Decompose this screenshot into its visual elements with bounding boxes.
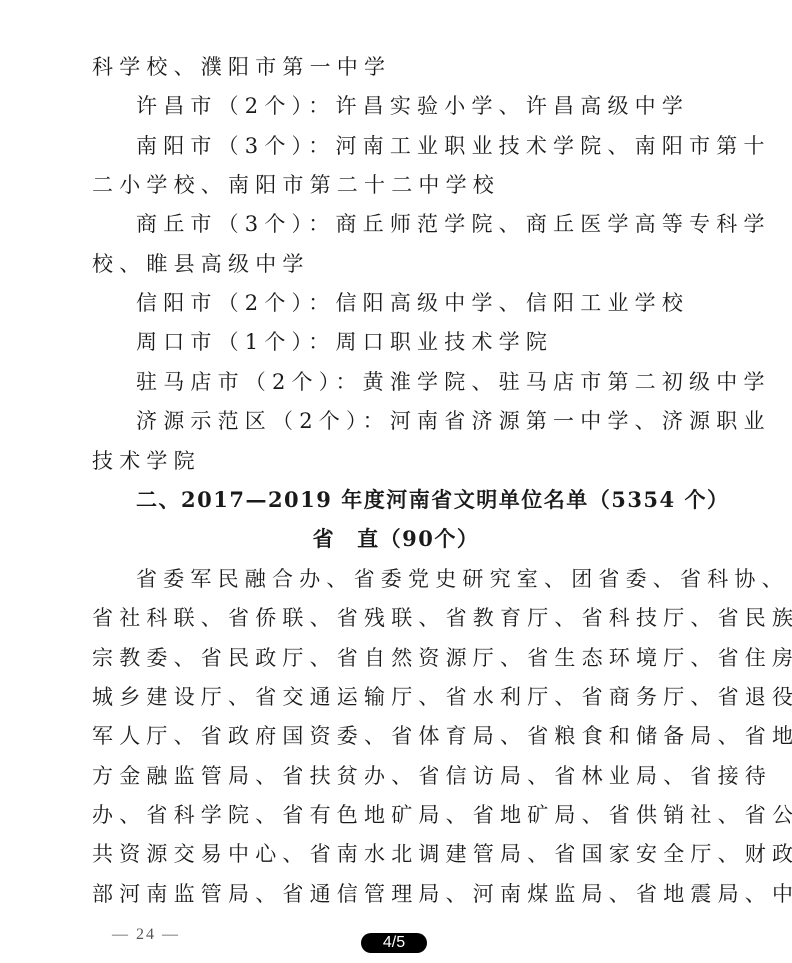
subsection-count: （90个）	[380, 526, 480, 551]
text-line: 南阳市（3个）：河南工业职业技术学院、南阳市第十	[136, 133, 771, 159]
text-line: 许昌市（2个）：许昌实验小学、许昌高级中学	[136, 93, 689, 119]
body-line: 宗教委、省民政厅、省自然资源厅、省生态环境厅、省住房	[92, 645, 792, 671]
body-line: 省社科联、省侨联、省残联、省教育厅、省科技厅、省民族	[92, 605, 792, 631]
text-line: 科学校、濮阳市第一中学	[92, 54, 391, 80]
text-line: 周口市（1个）：周口职业技术学院	[136, 329, 553, 355]
subsection-title-a: 省	[313, 526, 336, 551]
text-line: 二小学校、南阳市第二十二中学校	[92, 172, 500, 198]
subsection-title-b: 直	[357, 526, 380, 551]
text-line: 技术学院	[92, 448, 201, 474]
text-line: 商丘市（3个）：商丘师范学院、商丘医学高等专科学	[136, 211, 771, 237]
page-number: — 24 —	[112, 926, 180, 944]
text-line: 济源示范区（2个）：河南省济源第一中学、济源职业	[136, 408, 771, 434]
body-line: 共资源交易中心、省南水北调建管局、省国家安全厅、财政	[92, 841, 792, 867]
body-line: 部河南监管局、省通信管理局、河南煤监局、省地震局、中	[92, 881, 792, 907]
text-line: 校、睢县高级中学	[92, 251, 310, 277]
subsection-heading: 省直（90个）	[0, 526, 792, 552]
body-line: 省委军民融合办、省委党史研究室、团省委、省科协、	[136, 566, 789, 592]
document-page: 科学校、濮阳市第一中学 许昌市（2个）：许昌实验小学、许昌高级中学 南阳市（3个…	[0, 0, 792, 963]
text-line: 信阳市（2个）：信阳高级中学、信阳工业学校	[136, 290, 689, 316]
body-line: 方金融监管局、省扶贫办、省信访局、省林业局、省接待	[92, 763, 772, 789]
section-heading: 二、2017—2019 年度河南省文明单位名单（5354 个）	[136, 487, 729, 513]
text-line: 驻马店市（2个）：黄淮学院、驻马店市第二初级中学	[136, 369, 771, 395]
body-line: 军人厅、省政府国资委、省体育局、省粮食和储备局、省地	[92, 723, 792, 749]
page-indicator[interactable]: 4/5	[361, 933, 427, 953]
body-line: 办、省科学院、省有色地矿局、省地矿局、省供销社、省公	[92, 802, 792, 828]
body-line: 城乡建设厅、省交通运输厅、省水利厅、省商务厅、省退役	[92, 684, 792, 710]
